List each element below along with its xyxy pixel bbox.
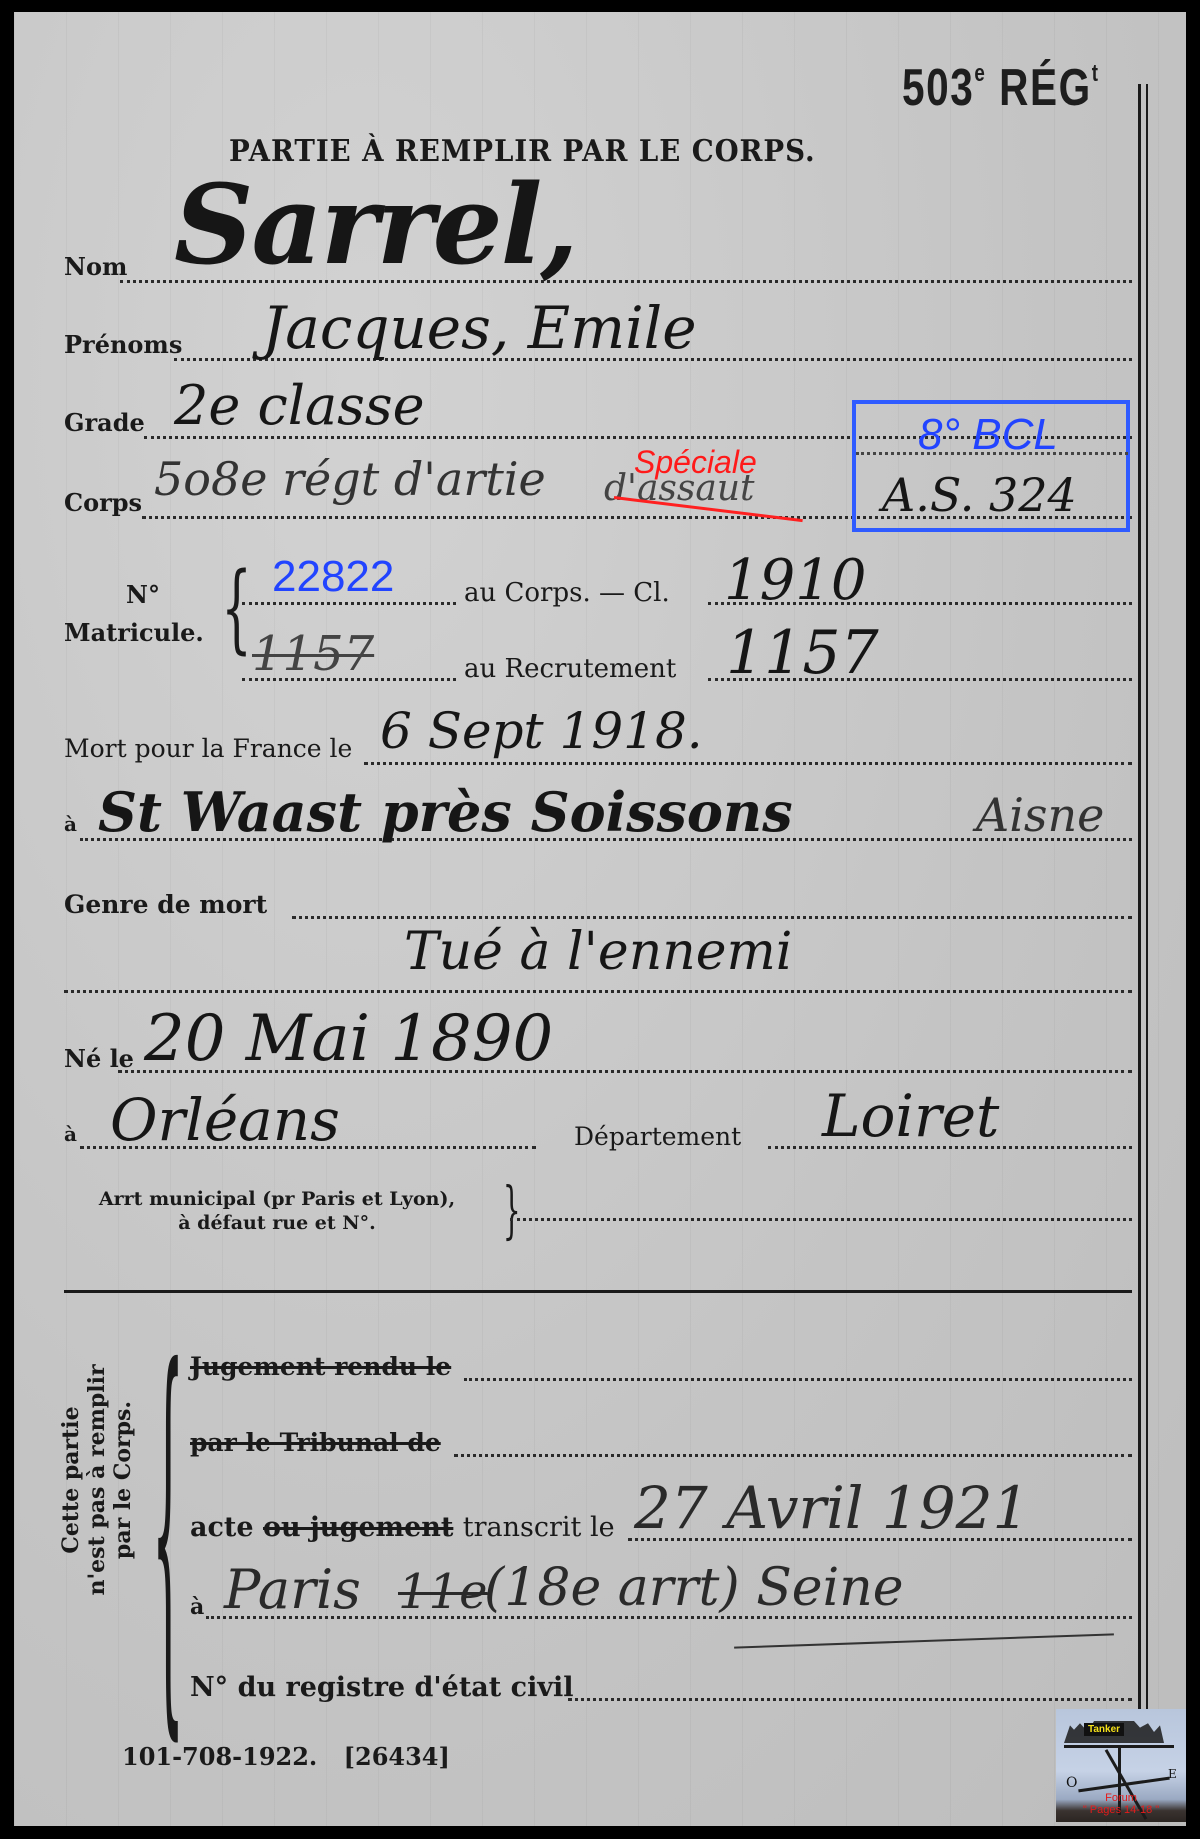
side-note-line3: par le Corps. bbox=[110, 1330, 136, 1630]
logo-forum-line2: " Pages 14-18 " bbox=[1056, 1805, 1186, 1816]
arrondissement-dotted bbox=[510, 1218, 1132, 1221]
regiment-header: 503e RÉGt bbox=[902, 58, 1100, 118]
acte-label-1: acte bbox=[190, 1512, 254, 1543]
logo-forum-line1: Forum bbox=[1056, 1793, 1186, 1804]
acte-label-2: transcrit le bbox=[463, 1512, 615, 1543]
acte-label-struck: ou jugement bbox=[263, 1512, 453, 1543]
grade-label: Grade bbox=[64, 408, 145, 437]
naissance-label: Né le bbox=[64, 1044, 134, 1073]
matricule-brace: { bbox=[221, 560, 252, 656]
registre-label: N° du registre d'état civil bbox=[190, 1672, 574, 1703]
document-page: 503e RÉGt PARTIE À REMPLIR PAR LE CORPS.… bbox=[14, 12, 1186, 1826]
regiment-word-sup: t bbox=[1092, 60, 1100, 87]
civil-lieu-value-2: (18e arrt) Seine bbox=[484, 1558, 903, 1618]
side-note-line2: n'est pas à remplir bbox=[84, 1330, 110, 1630]
genre-mort-dotted bbox=[292, 916, 1132, 919]
prenoms-label: Prénoms bbox=[64, 330, 182, 359]
matricule-corps-annotation: 22822 bbox=[272, 552, 394, 602]
nom-value: Sarrel, bbox=[174, 160, 577, 289]
corps-correction: Spéciale bbox=[634, 444, 757, 481]
naissance-lieu: Orléans bbox=[110, 1086, 340, 1154]
compass-e: E bbox=[1168, 1767, 1177, 1781]
section-separator bbox=[64, 1290, 1132, 1293]
naissance-lieu-prefix: à bbox=[64, 1122, 77, 1146]
mort-date: 6 Sept 1918. bbox=[380, 702, 703, 760]
arrondissement-brace: { bbox=[503, 1184, 521, 1246]
grade-value: 2e classe bbox=[174, 374, 425, 437]
departement-label: Département bbox=[574, 1122, 741, 1151]
genre-mort-value: Tué à l'ennemi bbox=[404, 922, 792, 982]
transcrit-date: 27 Avril 1921 bbox=[634, 1474, 1029, 1542]
annotation-sector: A.S. 324 bbox=[882, 468, 1077, 522]
forum-logo: Tanker O E Forum " Pages 14-18 " bbox=[1056, 1709, 1186, 1822]
mort-label: Mort pour la France le bbox=[64, 734, 352, 763]
mort-lieu: St Waast près Soissons bbox=[98, 780, 793, 844]
arrondissement-label-2: à défaut rue et N°. bbox=[62, 1212, 492, 1234]
matricule-corps-label: au Corps. — Cl. bbox=[464, 578, 670, 608]
jugement-dotted bbox=[464, 1378, 1132, 1381]
acte-line: acte ou jugement transcrit le bbox=[190, 1512, 615, 1543]
genre-mort-label: Genre de mort bbox=[64, 890, 267, 919]
side-note-line1: Cette partie bbox=[58, 1330, 84, 1630]
civil-side-note: Cette partie n'est pas à remplir par le … bbox=[58, 1330, 136, 1630]
civil-lieu-value: Paris bbox=[224, 1558, 361, 1621]
corps-label: Corps bbox=[64, 488, 142, 517]
logo-badge: Tanker bbox=[1084, 1723, 1124, 1736]
civil-lieu-prefix: à bbox=[190, 1594, 204, 1620]
nom-label: Nom bbox=[64, 252, 127, 281]
matricule-label-1: N° bbox=[126, 580, 160, 609]
naissance-date: 20 Mai 1890 bbox=[144, 1002, 553, 1076]
civil-lieu-struck: 11e bbox=[398, 1564, 487, 1620]
print-footer: 101-708-1922. [26434] bbox=[122, 1742, 450, 1771]
right-border-rule-2 bbox=[1146, 84, 1148, 1774]
matricule-recrutement-value: 1157 bbox=[252, 626, 374, 682]
civil-lieu-underline bbox=[734, 1633, 1114, 1648]
genre-mort-dotted-2 bbox=[64, 990, 1132, 993]
registre-dotted bbox=[568, 1698, 1132, 1701]
regiment-number: 503 bbox=[902, 59, 974, 117]
recrutement-value-right: 1157 bbox=[726, 618, 879, 688]
prenoms-value: Jacques, Emile bbox=[262, 294, 697, 362]
regiment-word: RÉG bbox=[999, 59, 1092, 117]
civil-brace: { bbox=[152, 1330, 184, 1730]
arrondissement-label-1: Arrt municipal (pr Paris et Lyon), bbox=[62, 1188, 492, 1210]
jugement-label: Jugement rendu le bbox=[190, 1352, 451, 1381]
tribunal-dotted bbox=[454, 1454, 1132, 1457]
regiment-number-sup: e bbox=[974, 60, 986, 87]
naissance-departement: Loiret bbox=[822, 1082, 999, 1150]
tribunal-label: par le Tribunal de bbox=[190, 1428, 441, 1457]
corps-value: 5o8e régt d'artie bbox=[154, 452, 546, 506]
right-border-rule bbox=[1138, 84, 1141, 1774]
compass-o: O bbox=[1066, 1775, 1077, 1791]
classe-value: 1910 bbox=[724, 548, 867, 613]
mort-date-dotted bbox=[364, 762, 1132, 765]
mort-lieu-prefix: à bbox=[64, 812, 77, 836]
print-code: 101-708-1922. bbox=[122, 1742, 317, 1771]
matricule-label-2: Matricule. bbox=[64, 618, 204, 647]
print-ref: [26434] bbox=[344, 1742, 450, 1771]
mort-departement: Aisne bbox=[976, 788, 1104, 842]
matricule-recrutement-label: au Recrutement bbox=[464, 654, 676, 684]
matricule-corps-dotted bbox=[242, 602, 456, 605]
annotation-dotted-1 bbox=[856, 452, 1128, 455]
